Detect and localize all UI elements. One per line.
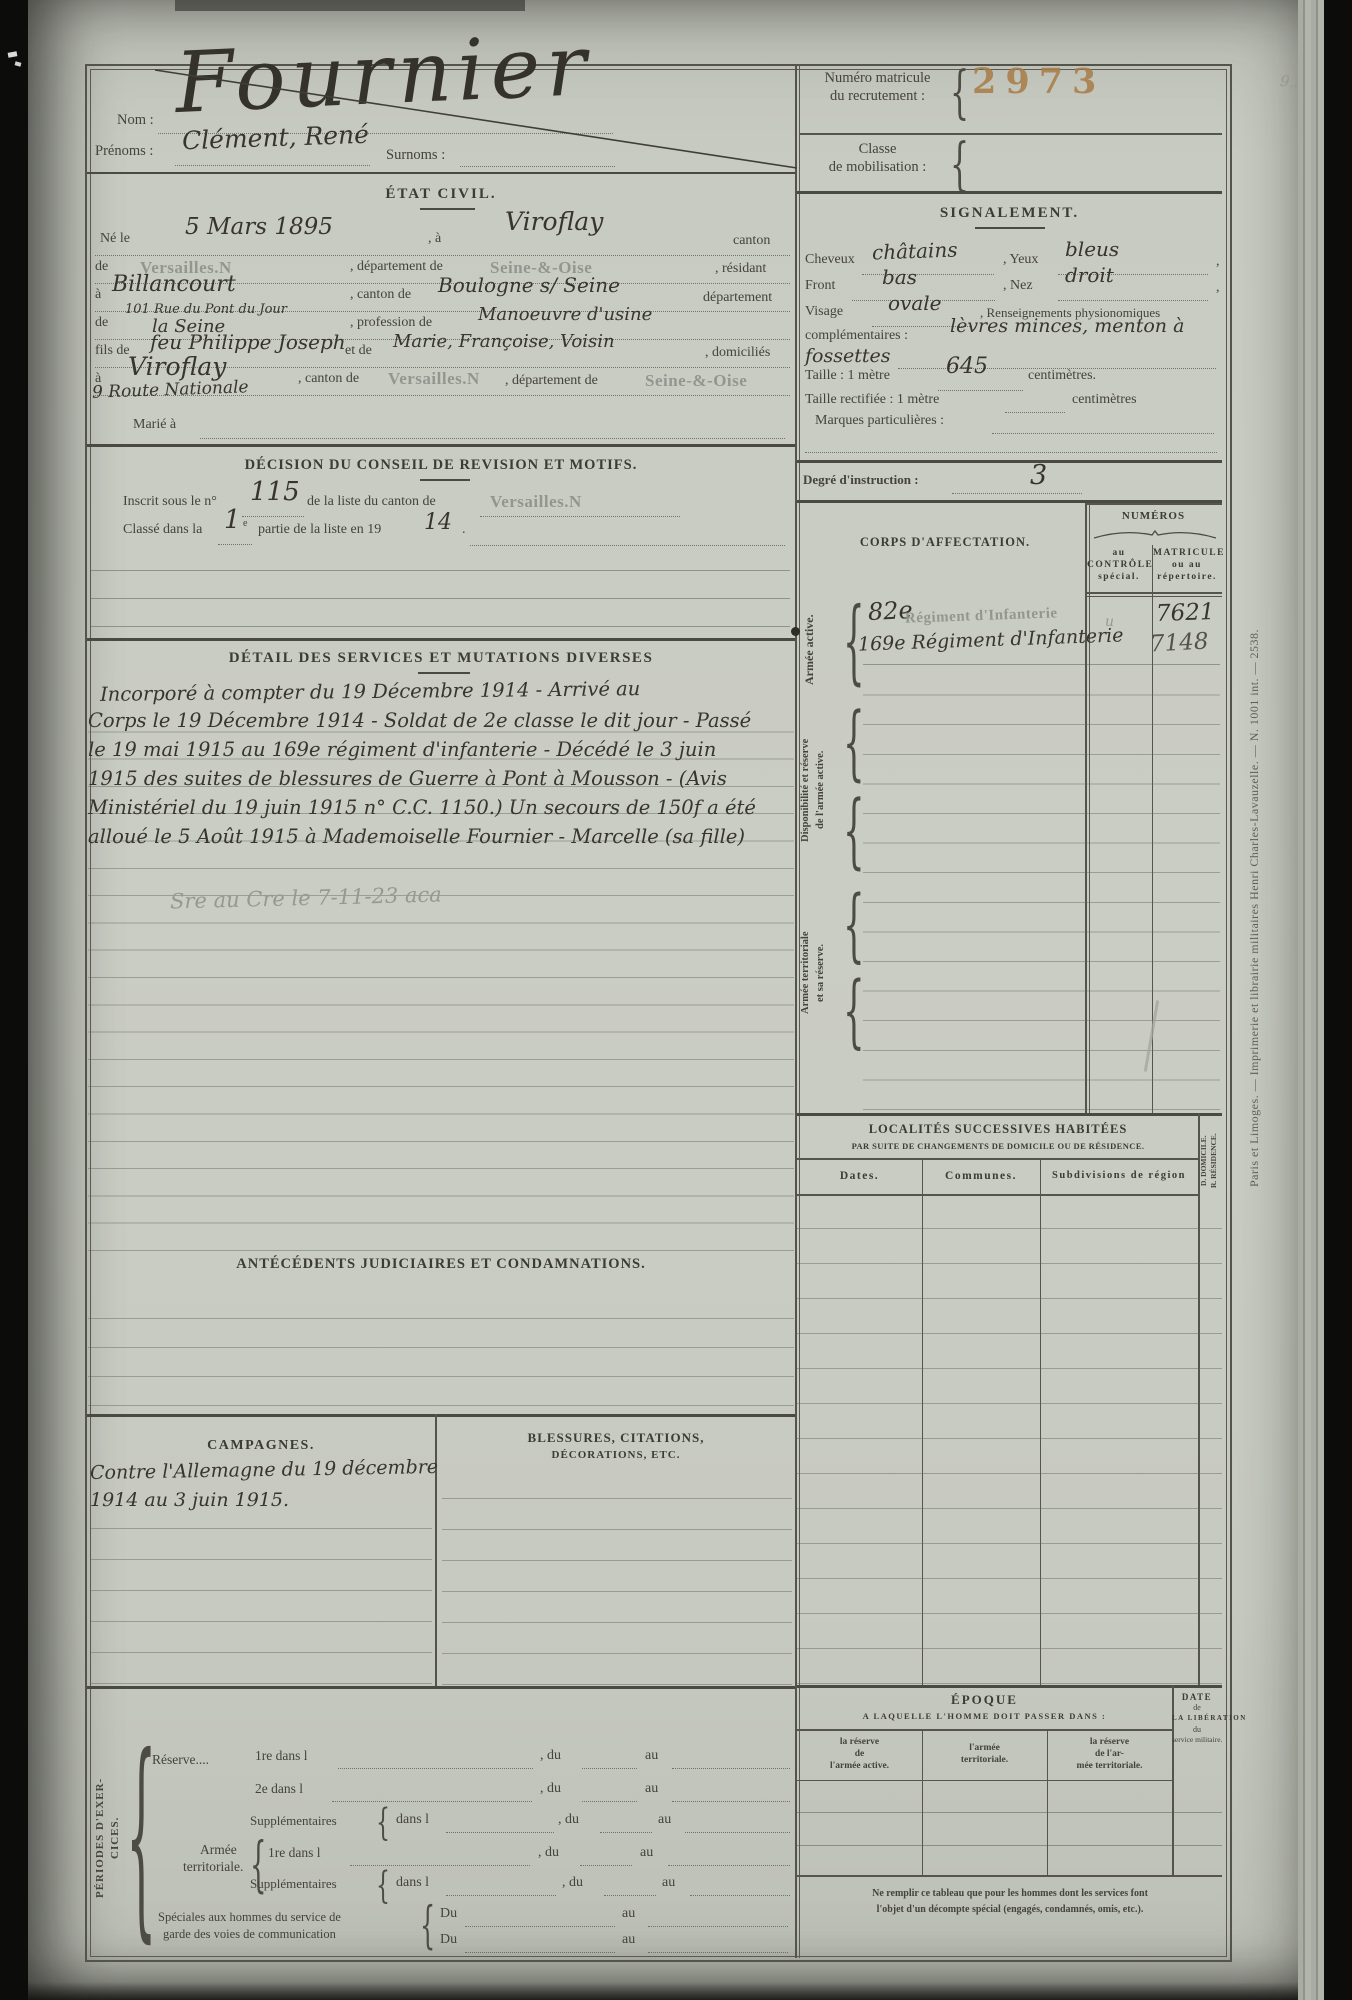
label: et de	[345, 343, 372, 359]
title-underline	[975, 227, 1045, 229]
du-label: , du	[562, 1875, 583, 1891]
canton-handwritten: Boulogne s/ Seine	[438, 274, 620, 297]
nez-handwritten: droit	[1065, 264, 1114, 287]
au-label: au	[645, 1748, 658, 1764]
label: de la liste du canton de	[307, 494, 436, 510]
line	[1085, 592, 1222, 594]
epoque-col3b: de l'ar-	[1047, 1749, 1172, 1760]
blank-line	[797, 1845, 1222, 1846]
label: , département de	[350, 259, 443, 275]
au-label: au	[658, 1812, 671, 1828]
residence-handwritten: Billancourt	[112, 272, 236, 297]
epoque-subtitle: A LAQUELLE L'HOMME DOIT PASSER DANS :	[797, 1712, 1172, 1722]
dotted-line	[582, 1766, 637, 1769]
dotted-line	[470, 543, 785, 546]
date-col-label: DATE	[1172, 1692, 1222, 1702]
yeux-handwritten: bleus	[1065, 238, 1119, 261]
au-label: au	[622, 1932, 635, 1948]
dotted-line	[604, 1893, 656, 1896]
complementaires-handwritten: lèvres minces, menton à	[950, 316, 1184, 338]
services-handwritten-line: le 19 mai 1915 au 169e régiment d'infant…	[88, 739, 716, 761]
label: , domiciliés	[705, 345, 770, 361]
rule	[797, 1113, 1222, 1116]
dotted-line	[1005, 410, 1065, 413]
ink-blot	[791, 627, 800, 636]
label: , profession de	[350, 315, 432, 331]
epoque-col3: la réserve	[1047, 1737, 1172, 1748]
marques-label: Marques particulières :	[815, 413, 944, 429]
dotted-line	[218, 542, 252, 545]
label: Inscrit sous le n°	[123, 494, 217, 510]
etat-civil-title: ÉTAT CIVIL.	[87, 186, 795, 203]
mother-handwritten: Marie, Françoise, Voisin	[393, 332, 615, 353]
dotted-line	[992, 431, 1214, 434]
ruled-lines	[442, 1468, 792, 1686]
dotted-line	[672, 1799, 790, 1802]
campagnes-title: CAMPAGNES.	[87, 1438, 435, 1454]
label: .	[462, 522, 466, 538]
speciales-label2: garde des voies de communication	[163, 1927, 336, 1941]
territoriale-label2: territoriale.	[183, 1859, 243, 1875]
dotted-line	[690, 1893, 790, 1896]
instruction-label: Degré d'instruction :	[803, 473, 919, 488]
rule	[87, 638, 795, 641]
matricule-col-header: MATRICULE	[1153, 548, 1221, 559]
dotted-line	[938, 388, 1023, 391]
blank-line	[797, 1812, 1222, 1813]
yeux-label: , Yeux	[1003, 252, 1038, 268]
dotted-line	[95, 253, 790, 256]
taille-label: Taille : 1 mètre	[805, 368, 890, 384]
antecedents-title: ANTÉCÉDENTS JUDICIAIRES ET CONDAMNATIONS…	[87, 1256, 795, 1273]
taille-rectifiee-label: Taille rectifiée : 1 mètre	[805, 392, 939, 408]
label: Classé dans la	[123, 522, 202, 538]
rule	[87, 1414, 795, 1417]
father-handwritten: feu Philippe Joseph	[150, 331, 346, 354]
date-col-label3: LA LIBÉRATION	[1172, 1714, 1222, 1722]
numeros-header: NUMÉROS	[1087, 510, 1220, 523]
label: , canton de	[350, 287, 411, 303]
brace: {	[376, 1806, 390, 1843]
domicile-handwritten: Viroflay	[128, 353, 226, 382]
label: , canton de	[298, 371, 359, 387]
epoque-col1: la réserve	[797, 1737, 922, 1748]
scan-smudge	[175, 0, 525, 11]
blank-line	[90, 570, 790, 571]
epoque-note: Ne remplir ce tableau que pour les homme…	[802, 1888, 1218, 1900]
label: de	[95, 315, 108, 331]
numeros-brace	[1090, 528, 1220, 540]
periodes-side-label2: CICES.	[109, 1778, 122, 1898]
territoriale-label: Armée	[200, 1842, 237, 1858]
services-title: DÉTAIL DES SERVICES ET MUTATIONS DIVERSE…	[87, 650, 795, 667]
ruled-lines	[88, 1290, 794, 1410]
profession-handwritten: Manoeuvre d'usine	[478, 305, 652, 326]
title-underline	[420, 479, 470, 481]
corps-title: CORPS D'AFFECTATION.	[810, 535, 1080, 549]
du-label: , du	[540, 1781, 561, 1797]
brace: {	[843, 791, 865, 873]
dates-col-header: Dates.	[797, 1170, 922, 1183]
services-handwritten-line: Corps le 19 Décembre 1914 - Soldat de 2e…	[88, 710, 751, 732]
rule	[797, 191, 1222, 194]
localites-subtitle: PAR SUITE DE CHANGEMENTS DE DOMICILE OU …	[797, 1142, 1199, 1152]
list-part-handwritten: 1	[224, 506, 241, 536]
blessures-title2: DÉCORATIONS, ETC.	[437, 1449, 795, 1462]
blank-line	[90, 598, 790, 599]
label: de	[95, 259, 108, 275]
ruled-lines	[797, 1194, 1222, 1684]
departement-stamp: Seine-&-Oise	[645, 371, 747, 391]
decision-title: DÉCISION DU CONSEIL DE REVISION ET MOTIF…	[87, 457, 795, 474]
row-label: dans l	[396, 1812, 429, 1828]
comma: ,	[1216, 254, 1220, 270]
subdivisions-col-header: Subdivisions de région	[1040, 1170, 1198, 1182]
dotted-line	[1058, 298, 1208, 301]
label: canton	[733, 233, 770, 249]
epoque-note2: l'objet d'un décompte spécial (engagés, …	[802, 1904, 1218, 1916]
epoque-col1c: l'armée active.	[797, 1761, 922, 1772]
line	[797, 1729, 1172, 1731]
instruction-handwritten: 3	[1030, 460, 1047, 491]
Du-label: Du	[440, 1906, 457, 1922]
rule	[87, 1686, 795, 1689]
dotted-line	[242, 514, 304, 517]
visage-handwritten: ovale	[888, 292, 942, 315]
printer-imprint: Paris et Limoges. — Imprimerie et librai…	[1248, 468, 1262, 1348]
date-col-label4: du	[1172, 1725, 1222, 1734]
dotted-line	[648, 1950, 788, 1953]
speciales-label: Spéciales aux hommes du service de	[158, 1910, 341, 1924]
marie-label: Marié à	[133, 417, 176, 433]
label: , résidant	[715, 261, 766, 277]
services-handwritten-line: Ministériel du 19 juin 1915 n° C.C. 1150…	[88, 797, 756, 819]
page-bottom-shadow	[28, 1982, 1324, 2000]
date-col-label5: service militaire.	[1172, 1736, 1222, 1745]
cheveux-handwritten: châtains	[872, 239, 958, 265]
domicile-side-label: D. DOMICILE.	[1200, 1118, 1209, 1203]
matricule-label2: du recrutement :	[800, 88, 955, 105]
dotted-line	[465, 1950, 615, 1953]
au-label: au	[622, 1906, 635, 1922]
brace: {	[376, 1869, 390, 1906]
du-label: , du	[540, 1748, 561, 1764]
line	[797, 1780, 1172, 1781]
label: Né le	[100, 231, 130, 247]
armee-active-label: Armée active.	[803, 600, 817, 700]
line	[1085, 596, 1222, 597]
label: fils de	[95, 343, 130, 359]
label: département	[703, 290, 772, 306]
residence-side-label: R. RÉSIDENCE.	[1210, 1118, 1219, 1203]
front-label: Front	[805, 278, 835, 294]
scan-background-left	[0, 0, 28, 2000]
label: , à	[428, 231, 441, 247]
taille-handwritten: 645	[946, 354, 988, 379]
au-label: au	[640, 1845, 653, 1861]
date-col-label2: de	[1172, 1703, 1222, 1712]
label: à	[95, 287, 101, 303]
blank-line	[863, 664, 1220, 665]
dotted-line	[332, 1799, 532, 1802]
row-label: 1re dans l	[255, 1748, 307, 1764]
canton-stamp: Versailles.N	[490, 492, 582, 512]
row-label: 2e dans l	[255, 1781, 303, 1797]
blank-line	[90, 626, 790, 627]
matricule-label: Numéro matricule	[800, 70, 955, 87]
controle-header2: CONTRÔLE	[1087, 560, 1151, 571]
controle-header: au	[1087, 548, 1151, 559]
disponibilite-label: Disponibilité et réserve	[800, 700, 812, 880]
label: , département de	[505, 373, 598, 389]
ruled-lines	[90, 1498, 432, 1686]
line	[800, 133, 1222, 135]
controle-mark-pencil: u	[1105, 614, 1114, 630]
epoque-title: ÉPOQUE	[797, 1693, 1172, 1708]
dotted-line	[600, 1830, 652, 1833]
dotted-line	[580, 1863, 632, 1866]
epoque-col2: l'armée	[922, 1743, 1047, 1754]
du-label: , du	[538, 1845, 559, 1861]
label: partie de la liste en 19	[258, 522, 381, 538]
supplementaires-label: Supplémentaires	[250, 1877, 337, 1892]
cheveux-label: Cheveux	[805, 252, 855, 268]
rule	[87, 172, 795, 174]
line	[1085, 503, 1222, 505]
au-label: au	[645, 1781, 658, 1797]
dotted-line	[200, 436, 785, 439]
brace: {	[843, 886, 865, 966]
brace: {	[843, 703, 865, 785]
localites-title: LOCALITÉS SUCCESSIVES HABITÉES	[797, 1122, 1199, 1136]
taille-rectifiee-unit: centimètres	[1072, 392, 1137, 408]
matricule-col-header3: répertoire.	[1153, 572, 1221, 583]
dotted-line	[480, 514, 680, 517]
classe-label: Classe	[800, 141, 955, 158]
title-underline	[420, 208, 475, 210]
birthplace-handwritten: Viroflay	[505, 208, 603, 237]
rule	[797, 460, 1222, 463]
du-label: , du	[558, 1812, 579, 1828]
brace: {	[950, 66, 969, 123]
line	[797, 1158, 1199, 1160]
dotted-line	[672, 1766, 790, 1769]
list-number-handwritten: 115	[250, 478, 300, 508]
services-handwritten-line: alloué le 5 Août 1915 à Mademoiselle Fou…	[88, 826, 745, 848]
controle-header3: spécial.	[1087, 572, 1151, 583]
taille-unit: centimètres.	[1028, 368, 1096, 384]
Du-label: Du	[440, 1932, 457, 1948]
line	[797, 1875, 1222, 1877]
epoque-col3c: mée territoriale.	[1047, 1761, 1172, 1772]
matricule-number-stamp: 2973	[972, 62, 1105, 102]
dotted-line	[582, 1799, 637, 1802]
ruled-lines	[863, 666, 1220, 1110]
epoque-col1b: de	[797, 1749, 922, 1760]
epoque-col2b: territoriale.	[922, 1755, 1047, 1766]
complementaires-handwritten2: fossettes	[805, 346, 890, 368]
front-handwritten: bas	[882, 266, 917, 289]
blessures-title: BLESSURES, CITATIONS,	[437, 1431, 795, 1446]
dotted-line	[338, 1766, 533, 1769]
dotted-line	[446, 1893, 556, 1896]
comma: ,	[1216, 280, 1220, 296]
nez-label: , Nez	[1003, 278, 1033, 294]
page-edge	[1298, 0, 1324, 2000]
signalement-title: SIGNALEMENT.	[797, 205, 1222, 222]
territoriale-label2: et sa réserve.	[815, 888, 827, 1058]
disponibilite-label2: de l'armée active.	[815, 700, 827, 880]
dotted-line	[648, 1924, 788, 1927]
strike-line	[85, 60, 805, 180]
reserve-label: Réserve....	[152, 1752, 209, 1768]
communes-col-header: Communes.	[922, 1170, 1040, 1183]
visage-label: Visage	[805, 304, 843, 320]
dotted-line	[805, 450, 1217, 453]
birthdate-handwritten: 5 Mars 1895	[185, 214, 333, 240]
row-label: 1re dans l	[268, 1845, 320, 1861]
au-label: au	[662, 1875, 675, 1891]
dotted-line	[952, 491, 1082, 494]
rule	[87, 444, 795, 447]
canton-stamp: Versailles.N	[388, 369, 480, 389]
complementaires-label: complémentaires :	[805, 328, 908, 344]
matricule1-handwritten: 7621	[1156, 599, 1215, 627]
periodes-side-label: PÉRIODES D'EXER-	[94, 1738, 107, 1938]
classe-label2: de mobilisation :	[800, 159, 955, 176]
supplementaires-label: Supplémentaires	[250, 1814, 337, 1829]
dotted-line	[685, 1830, 790, 1833]
title-underline	[418, 672, 470, 674]
dotted-line	[668, 1863, 790, 1866]
services-handwritten-line: 1915 des suites de blessures de Guerre à…	[88, 768, 727, 790]
matricule2-handwritten: 7148	[1149, 628, 1209, 657]
year-handwritten: 14	[424, 510, 452, 535]
superscript: e	[243, 518, 247, 530]
matricule-col-header2: ou au	[1153, 560, 1221, 571]
brace: {	[950, 138, 969, 195]
brace: {	[420, 1900, 435, 1950]
rule	[797, 1685, 1222, 1688]
scan-background-right	[1324, 0, 1352, 2000]
row-label: dans l	[396, 1875, 429, 1891]
dotted-line	[446, 1830, 554, 1833]
brace: {	[843, 972, 865, 1052]
territoriale-label: Armée territoriale	[800, 888, 812, 1058]
dotted-line	[465, 1924, 615, 1927]
